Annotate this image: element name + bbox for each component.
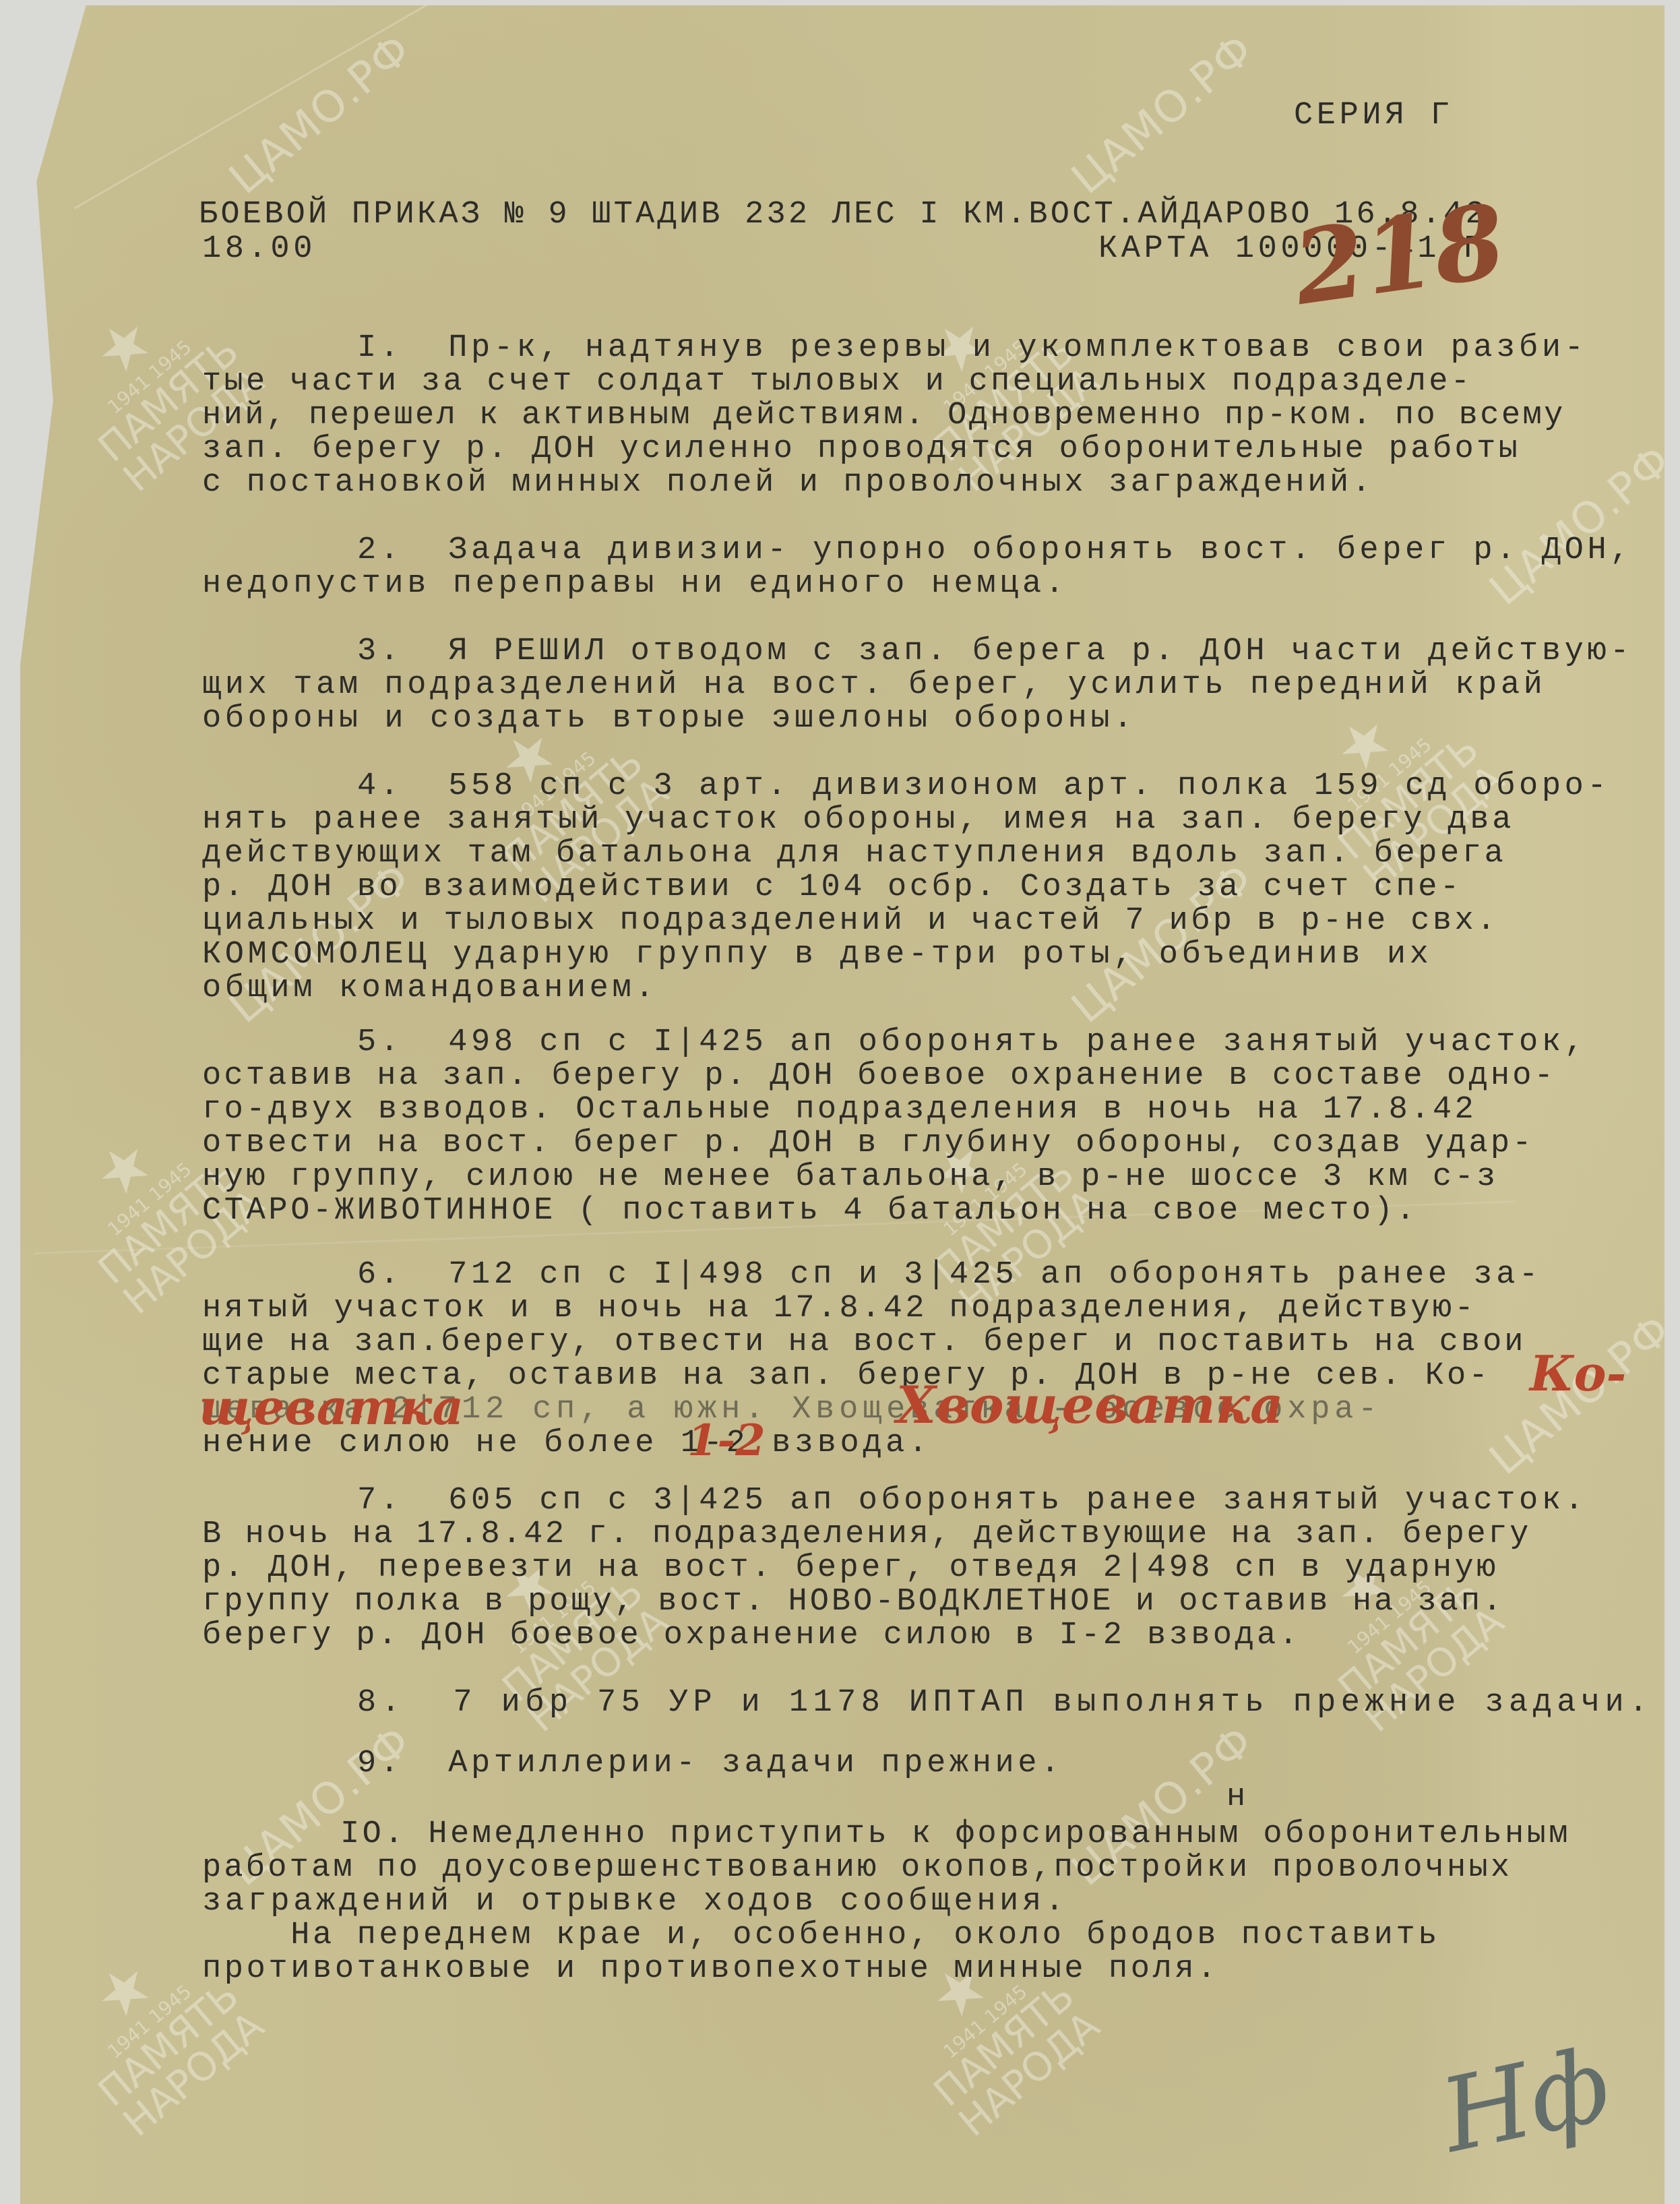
paragraph-5-line: го-двух взводов. Остальные подразделения… <box>202 1092 1476 1128</box>
paragraph-6-line: щие на зап.берегу, отвести на вост. бере… <box>202 1324 1526 1360</box>
paragraph-4-line: общим командованием. <box>202 971 658 1006</box>
paragraph-4-line: действующих там батальона для наступлени… <box>202 836 1506 871</box>
paragraph-7-line: берегу р. ДОН боевое охранение силою в I… <box>202 1618 1301 1653</box>
paragraph-8-line: 8. 7 ибр 75 УР и 1178 ИПТАП выполнять пр… <box>357 1685 1653 1721</box>
paragraph-10-line: На переднем крае и, особенно, около брод… <box>202 1918 1440 1953</box>
paragraph-4-line: 4. 558 сп с 3 арт. дивизионом арт. полка… <box>357 768 1610 804</box>
handwritten-shchevatka: щеватка <box>199 1378 464 1436</box>
paragraph-1-line: с постановкой минных полей и проволочных… <box>202 465 1374 501</box>
series-label: СЕРИЯ Г <box>1294 98 1454 133</box>
paragraph-1-line: зап. берегу р. ДОН усиленно проводятся о… <box>202 431 1520 467</box>
paragraph-7-line: 7. 605 сп с 3|425 ап оборонять ранее зан… <box>357 1483 1587 1519</box>
paragraph-5-line: отвести на вост. берег р. ДОН в глубину … <box>202 1126 1534 1161</box>
paragraph-5-line: оставив на зап. берегу р. ДОН боевое охр… <box>202 1058 1556 1094</box>
paragraph-10-line: работам по доусовершенствованию окопов,п… <box>202 1850 1512 1886</box>
paragraph-6-line: нятый участок и в ночь на 17.8.42 подраз… <box>202 1291 1476 1326</box>
paragraph-3-line: щих там подразделений на вост. берег, ус… <box>202 667 1546 703</box>
paragraph-10-line: противотанковые и противопехотные минные… <box>202 1951 1219 1987</box>
paragraph-5-line: ную группу, силою не менее батальона, в … <box>202 1159 1499 1195</box>
handwritten-ko: Ко- <box>1530 1345 1626 1402</box>
paragraph-4-line: циальных и тыловых подразделений и часте… <box>202 903 1499 939</box>
handwritten-1-2: 1-2 <box>687 1415 766 1466</box>
paragraph-10-line: IO. Немедленно приступить к форсированны… <box>340 1816 1571 1852</box>
paragraph-6-line: 6. 712 сп с I|498 сп и 3|425 ап оборонят… <box>357 1257 1542 1293</box>
paragraph-1-line: ний, перешел к активным действиям. Однов… <box>202 398 1565 433</box>
paragraph-3-line: обороны и создать вторые эшелоны обороны… <box>202 701 1136 737</box>
paragraph-7-line: р. ДОН, перевезти на вост. берег, отведя… <box>202 1550 1499 1586</box>
paragraph-7-line: В ночь на 17.8.42 г. подразделения, дейс… <box>202 1517 1531 1552</box>
paragraph-10-insertion: н <box>1226 1779 1249 1815</box>
handwritten-khvoshchevatka: Хвощеватка <box>896 1375 1283 1435</box>
fold-crease <box>73 0 483 210</box>
paragraph-5-line: 5. 498 сп с I|425 ап оборонять ранее зан… <box>357 1024 1587 1060</box>
order-time: 18.00 <box>202 231 316 267</box>
paragraph-1-line: I. Пр-к, надтянув резервы и укомплектова… <box>357 330 1587 366</box>
paragraph-3-line: 3. Я РЕШИЛ отводом с зап. берега р. ДОН … <box>357 634 1633 669</box>
paragraph-10-line: заграждений и отрывке ходов сообщения. <box>202 1884 1068 1920</box>
paragraph-2-line: 2. Задача дивизии- упорно оборонять вост… <box>357 532 1633 568</box>
paragraph-7-line: группу полка в рощу, вост. НОВО-ВОДКЛЕТН… <box>202 1584 1504 1620</box>
paragraph-4-line: р. ДОН во взаимодействии с 104 осбр. Соз… <box>202 869 1462 905</box>
paragraph-5-line: СТАРО-ЖИВОТИННОЕ ( поставить 4 батальон … <box>202 1193 1418 1229</box>
paragraph-4-line: КОМСОМОЛЕЦ ударную группу в две-три роты… <box>202 937 1432 973</box>
paragraph-1-line: тые части за счет солдат тыловых и специ… <box>202 364 1472 400</box>
paragraph-2-line: недопустив переправы ни единого немца. <box>202 566 1068 602</box>
paragraph-4-line: нять ранее занятый участок обороны, имея… <box>202 802 1514 838</box>
paragraph-9-line: 9. Артиллерии- задачи прежние. <box>357 1746 1063 1781</box>
